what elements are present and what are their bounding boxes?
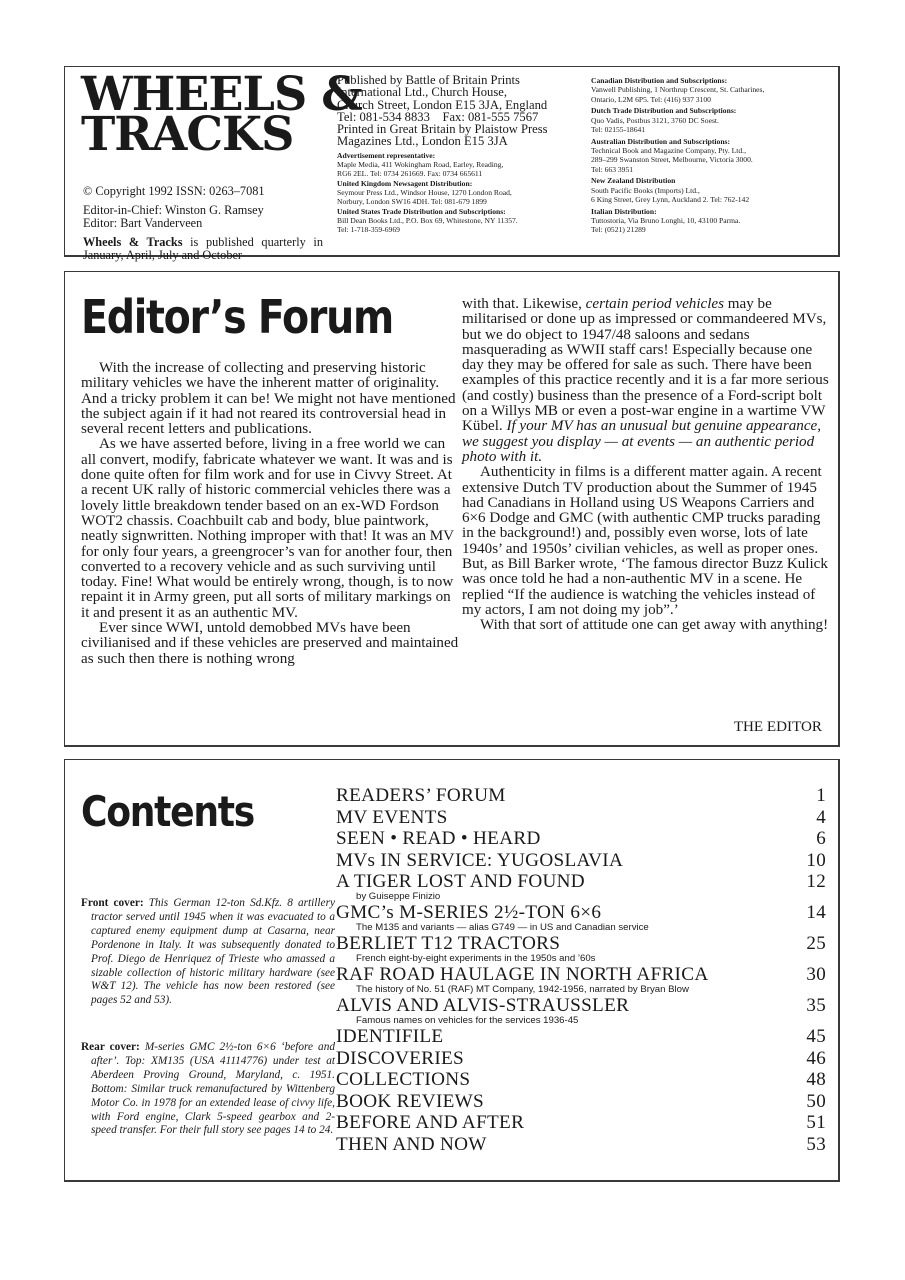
- distribution-line: Maple Media, 411 Wokingham Road, Earley,…: [337, 160, 589, 169]
- toc-page-number: 10: [806, 850, 826, 872]
- forum-paragraph: As we have asserted before, living in a …: [81, 437, 459, 621]
- distribution-list-mid: Advertisement representative: Maple Medi…: [337, 151, 589, 235]
- distribution-line: Norbury, London SW16 4DH. Tel: 081-679 1…: [337, 197, 589, 206]
- distribution-line: Technical Book and Magazine Company, Pty…: [591, 146, 746, 155]
- italic-run: certain period vehicles: [586, 296, 724, 312]
- toc-title: MV EVENTS: [336, 807, 448, 829]
- toc-page-number: 46: [806, 1048, 826, 1070]
- magazine-logo: WHEELS & TRACKS: [81, 75, 316, 155]
- toc-title: DISCOVERIES: [336, 1048, 464, 1070]
- masthead-credits: © Copyright 1992 ISSN: 0263–7081 Editor-…: [83, 185, 323, 268]
- distribution-heading: New Zealand Distribution: [591, 176, 675, 185]
- distribution-list-right: Canadian Distribution and Subscriptions:…: [591, 76, 831, 237]
- text-run: may be militarised or done up as impress…: [462, 296, 829, 434]
- forum-paragraph: With the increase of collecting and pres…: [81, 361, 459, 437]
- toc-title: COLLECTIONS: [336, 1069, 470, 1091]
- distribution-line: 6 King Street, Grey Lynn, Auckland 2. Te…: [591, 195, 749, 204]
- distribution-line: Tel: 02155-18641: [591, 125, 645, 134]
- caption-label: Rear cover:: [81, 1041, 140, 1053]
- toc-entry[interactable]: COLLECTIONS48: [336, 1069, 826, 1091]
- forum-paragraph: With that sort of attitude one can get a…: [462, 618, 829, 633]
- toc-subtitle: The M135 and variants — alias G749 — in …: [336, 923, 826, 934]
- forum-paragraph: with that. Likewise, certain period vehi…: [462, 297, 829, 465]
- toc-title: ALVIS AND ALVIS-STRAUSSLER: [336, 995, 629, 1017]
- distribution-line: Quo Vadis, Postbus 3121, 3760 DC Soest.: [591, 116, 719, 125]
- toc-page-number: 4: [816, 807, 826, 829]
- masthead-box: WHEELS & TRACKS © Copyright 1992 ISSN: 0…: [64, 66, 840, 257]
- toc-entry[interactable]: READERS’ FORUM1: [336, 785, 826, 807]
- toc-title: IDENTIFILE: [336, 1026, 443, 1048]
- contents-box: Contents Front cover: This German 12-ton…: [64, 759, 840, 1182]
- caption-label: Front cover:: [81, 897, 144, 909]
- front-cover-caption: Front cover: This German 12-ton Sd.Kfz. …: [81, 897, 335, 1008]
- distribution-line: Tel: 1-718-359-6969: [337, 225, 589, 234]
- toc-page-number: 30: [806, 964, 826, 986]
- distribution-line: Vanwell Publishing, 1 Northrup Crescent,…: [591, 85, 764, 94]
- toc-title: BEFORE AND AFTER: [336, 1112, 524, 1134]
- toc-title: MVs IN SERVICE: YUGOSLAVIA: [336, 850, 623, 872]
- distribution-heading: Canadian Distribution and Subscriptions:: [591, 76, 727, 85]
- toc-page-number: 50: [806, 1091, 826, 1113]
- frequency-bold: Wheels & Tracks: [83, 235, 183, 249]
- editor: Editor: Bart Vanderveen: [83, 216, 202, 230]
- toc-entry[interactable]: GMC’s M-SERIES 2½-TON 6×614: [336, 902, 826, 924]
- rear-cover-caption: Rear cover: M-series GMC 2½-ton 6×6 ‘bef…: [81, 1041, 335, 1138]
- text-run: with that. Likewise,: [462, 296, 586, 312]
- toc-entry[interactable]: ALVIS AND ALVIS-STRAUSSLER35: [336, 995, 826, 1017]
- toc-subtitle: by Guiseppe Finizio: [336, 892, 826, 903]
- distribution-line: RG6 2EL. Tel: 0734 261669. Fax: 0734 665…: [337, 169, 589, 178]
- distribution-heading: Italian Distribution:: [591, 207, 657, 216]
- publisher-line: International Ltd., Church House,: [337, 86, 589, 98]
- toc-entry[interactable]: BERLIET T12 TRACTORS25: [336, 933, 826, 955]
- toc-entry[interactable]: BEFORE AND AFTER51: [336, 1112, 826, 1134]
- toc-subtitle: The history of No. 51 (RAF) MT Company, …: [336, 985, 826, 996]
- publication-frequency: Wheels & Tracks is published quarterly i…: [83, 236, 323, 263]
- forum-title: Editor’s Forum: [81, 290, 393, 344]
- distribution-heading: United Kingdom Newsagent Distribution:: [337, 179, 472, 188]
- toc-page-number: 1: [816, 785, 826, 807]
- toc-page-number: 48: [806, 1069, 826, 1091]
- toc-entry[interactable]: MV EVENTS4: [336, 807, 826, 829]
- forum-column-1: With the increase of collecting and pres…: [81, 361, 459, 667]
- toc-title: A TIGER LOST AND FOUND: [336, 871, 585, 893]
- forum-paragraph: Authenticity in films is a different mat…: [462, 465, 829, 618]
- forum-column-2: with that. Likewise, certain period vehi…: [462, 297, 829, 634]
- distribution-heading: Dutch Trade Distribution and Subscriptio…: [591, 106, 736, 115]
- toc-page-number: 6: [816, 828, 826, 850]
- distribution-line: 289–299 Swanston Street, Melbourne, Vict…: [591, 155, 753, 164]
- toc-page-number: 53: [806, 1134, 826, 1156]
- toc-page-number: 35: [806, 995, 826, 1017]
- distribution-line: Tel: (0521) 21289: [591, 225, 646, 234]
- toc-title: SEEN • READ • HEARD: [336, 828, 541, 850]
- editors-forum-box: Editor’s Forum With the increase of coll…: [64, 271, 840, 747]
- contents-title: Contents: [81, 788, 254, 836]
- italic-run: If your MV has an unusual but genuine ap…: [462, 418, 821, 465]
- toc-title: READERS’ FORUM: [336, 785, 506, 807]
- toc-entry[interactable]: BOOK REVIEWS50: [336, 1091, 826, 1113]
- copyright: © Copyright 1992 ISSN: 0263–7081: [83, 185, 323, 199]
- toc-entry[interactable]: RAF ROAD HAULAGE IN NORTH AFRICA30: [336, 964, 826, 986]
- toc-subtitle: Famous names on vehicles for the service…: [336, 1016, 826, 1027]
- toc-page-number: 12: [806, 871, 826, 893]
- toc-title: BOOK REVIEWS: [336, 1091, 484, 1113]
- toc-entry[interactable]: SEEN • READ • HEARD6: [336, 828, 826, 850]
- toc-title: BERLIET T12 TRACTORS: [336, 933, 560, 955]
- toc-title: THEN AND NOW: [336, 1134, 487, 1156]
- distribution-line: South Pacific Books (Imports) Ltd.,: [591, 186, 700, 195]
- table-of-contents: READERS’ FORUM1MV EVENTS4SEEN • READ • H…: [336, 785, 826, 1155]
- toc-page-number: 14: [806, 902, 826, 924]
- distribution-heading: United States Trade Distribution and Sub…: [337, 207, 506, 216]
- caption-text: This German 12-ton Sd.Kfz. 8 artillery t…: [91, 897, 335, 1006]
- forum-paragraph: Ever since WWI, untold demobbed MVs have…: [81, 621, 459, 667]
- distribution-heading: Advertisement representative:: [337, 151, 435, 160]
- distribution-line: Seymour Press Ltd., Windsor House, 1270 …: [337, 188, 589, 197]
- toc-page-number: 51: [806, 1112, 826, 1134]
- toc-page-number: 25: [806, 933, 826, 955]
- distribution-line: Ontario, L2M 6P5. Tel: (416) 937 3100: [591, 95, 711, 104]
- distribution-heading: Australian Distribution and Subscription…: [591, 137, 730, 146]
- toc-entry[interactable]: A TIGER LOST AND FOUND12: [336, 871, 826, 893]
- toc-page-number: 45: [806, 1026, 826, 1048]
- toc-title: RAF ROAD HAULAGE IN NORTH AFRICA: [336, 964, 709, 986]
- toc-entry[interactable]: THEN AND NOW53: [336, 1134, 826, 1156]
- editor-in-chief: Editor-in-Chief: Winston G. Ramsey: [83, 203, 264, 217]
- caption-text: M-series GMC 2½-ton 6×6 ‘before and afte…: [91, 1041, 335, 1136]
- editor-signature: THE EDITOR: [734, 719, 822, 736]
- distribution-line: Bill Dean Books Ltd., P.O. Box 69, White…: [337, 216, 589, 225]
- publisher-address: Published by Battle of Britain Prints In…: [337, 74, 589, 148]
- toc-entry[interactable]: IDENTIFILE45: [336, 1026, 826, 1048]
- toc-title: GMC’s M-SERIES 2½-TON 6×6: [336, 902, 601, 924]
- toc-entry[interactable]: MVs IN SERVICE: YUGOSLAVIA10: [336, 850, 826, 872]
- publisher-line: Magazines Ltd., London E15 3JA: [337, 135, 589, 147]
- distribution-line: Tel: 663 3951: [591, 165, 633, 174]
- logo-line-2: TRACKS: [81, 115, 316, 155]
- publisher-info: Published by Battle of Britain Prints In…: [337, 74, 589, 234]
- toc-entry[interactable]: DISCOVERIES46: [336, 1048, 826, 1070]
- distribution-line: Tuttostoria, Via Bruno Longhi, 10, 43100…: [591, 216, 740, 225]
- toc-subtitle: French eight-by-eight experiments in the…: [336, 954, 826, 965]
